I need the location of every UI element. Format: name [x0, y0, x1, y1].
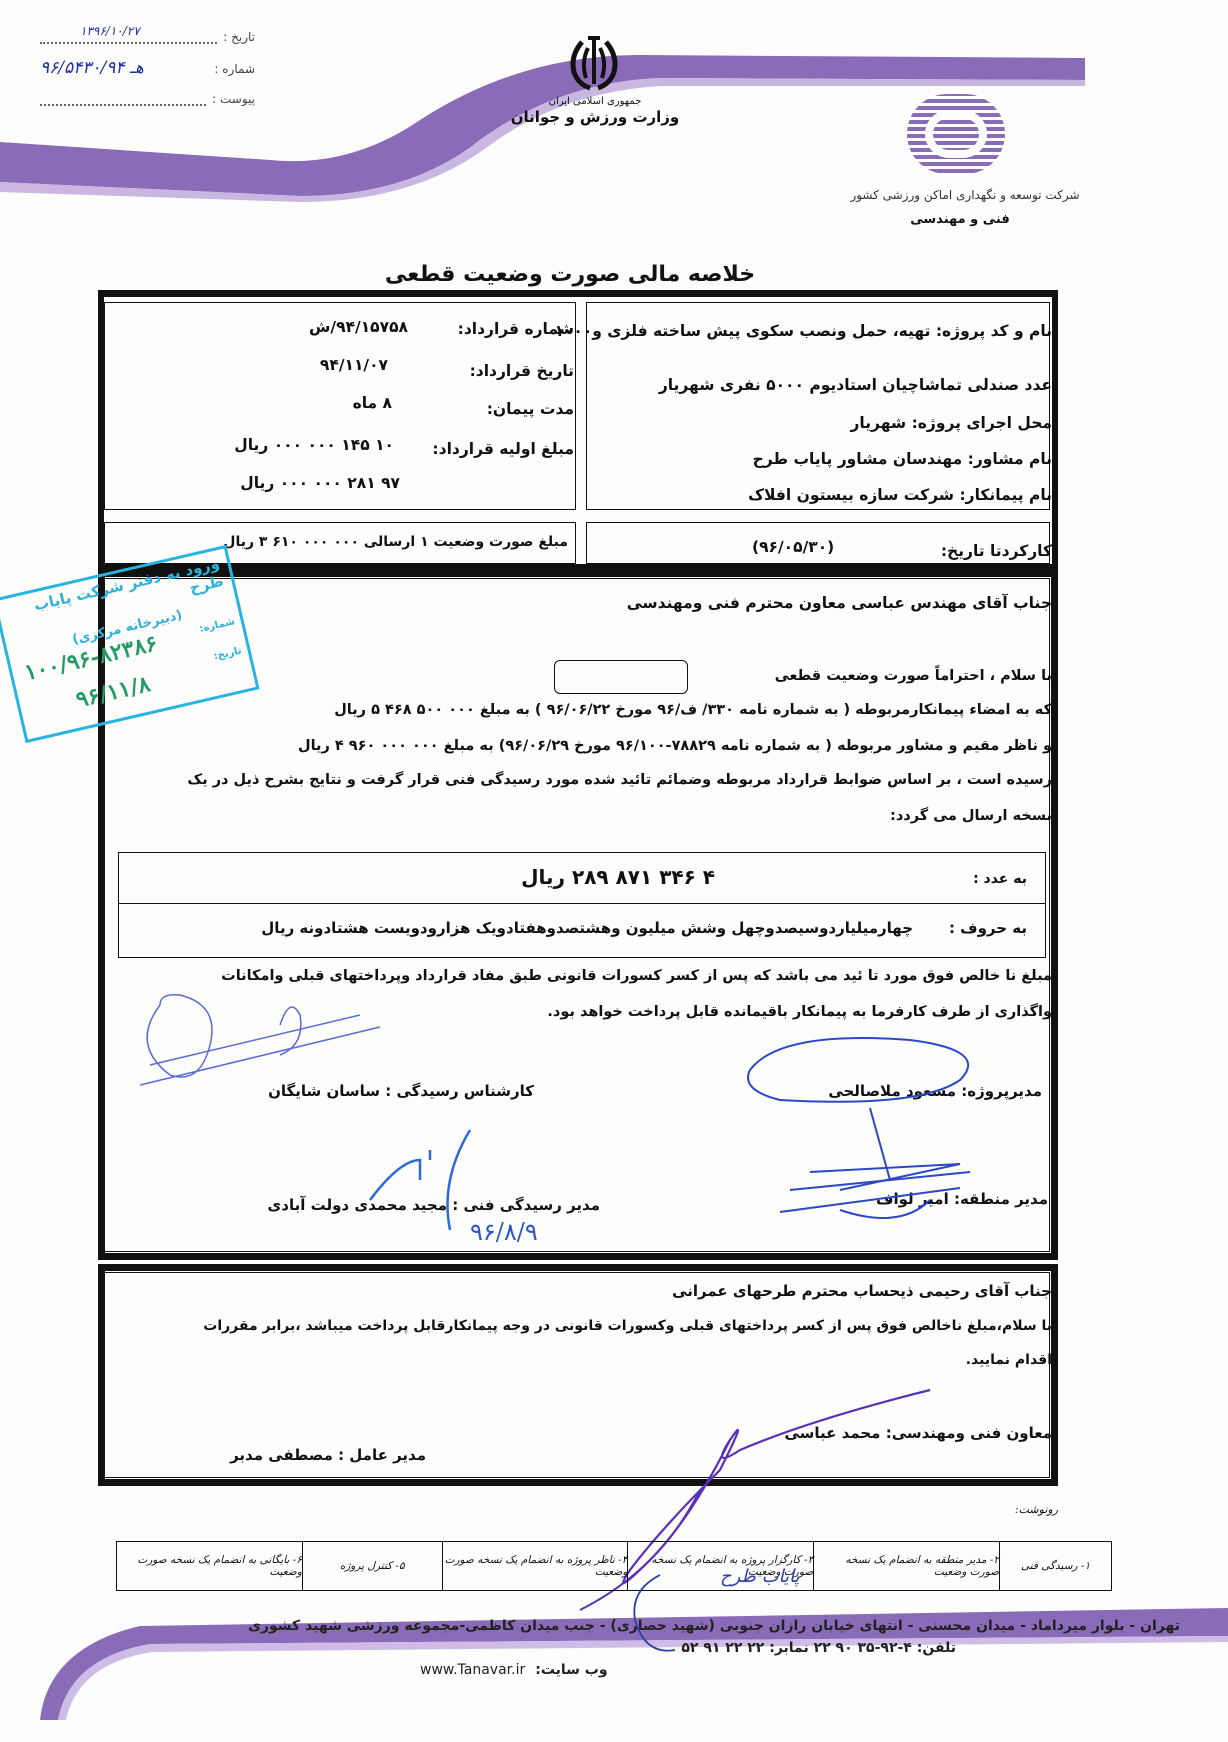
number-handwritten-value: ۹۶/۵۴۳۰/۹۴ هـ — [40, 58, 144, 78]
regional-manager-signatory: مدیر منطقه: امیر لواف — [876, 1190, 1048, 1208]
footer-website-row: www.Tanavar.ir وب سایت: — [420, 1662, 608, 1678]
numeric-amount-label: به عدد : — [973, 871, 1027, 887]
note-line-2: واگذاری از طرف کارفرما به پیمانکار باقیم… — [547, 1004, 1052, 1020]
copy-recipient: ۶- بایگانی به انضمام یک نسخه صورت وضعیت — [117, 1542, 302, 1590]
copies-table: ۱- رسیدگی فنی ۲- مدیر منطقه به انضمام یک… — [116, 1541, 1112, 1591]
work-until-label: کارکردتا تاریخ: — [941, 542, 1052, 560]
second-amount-value: ۹۷ ۲۸۱ ۰۰۰ ۰۰۰ ریال — [240, 474, 400, 492]
consultant-value: مهندسان مشاور پایاب طرح — [753, 450, 963, 468]
letter-line-2: که به امضاء پیمانکارمربوطه ( به شماره نا… — [334, 702, 1052, 718]
date-label: تاریخ : — [223, 30, 255, 44]
document-title: خلاصه مالی صورت وضعیت قطعی — [340, 262, 800, 287]
stamp-date-value: ۹۶/۱۱/۸ — [74, 671, 153, 713]
contract-number-label: شماره قرارداد: — [458, 320, 574, 338]
copies-handwritten-note: پایاب طرح — [720, 1566, 800, 1587]
project-name-value-line2: عدد صندلی تماشاچیان استادیوم ۵۰۰۰ نفری ش… — [659, 376, 1052, 394]
contract-date-value: ۹۴/۱۱/۰۷ — [320, 356, 388, 374]
date-handwritten-value: ۱۳۹۶/۱۰/۲۷ — [80, 24, 140, 38]
company-logo-icon — [905, 92, 1007, 176]
stamp-number-label: شماره: — [198, 616, 236, 635]
company-name: شرکت توسعه و نگهداری اماکن ورزشی کشور — [820, 188, 1110, 202]
company-department: فنی و مهندسی — [880, 212, 1040, 227]
project-manager-signatory: مدیرپروژه: مسعود ملاصالحی — [828, 1082, 1042, 1100]
numeric-amount-value: ۴ ۳۴۶ ۸۷۱ ۲۸۹ ریال — [521, 865, 715, 889]
ceo-signatory: مدیر عامل : مصطفی مدبر — [230, 1446, 426, 1464]
project-name-value: تهیه، حمل ونصب سکوی پیش ساخته فلزی و۱۰۰۰ — [554, 322, 930, 340]
note-line-1: مبلغ نا خالص فوق مورد تا ئید می باشد که … — [221, 968, 1052, 984]
statement-amount: مبلغ صورت وضعیت ۱ ارسالی ۰۰۰ ۰۰۰ ۶۱۰ ۳ ر… — [223, 534, 568, 550]
footer-phone: تلفن: ۴-۹۲-۳۵ ۹۰ ۲۲ نمابر: ۲۲ ۲۲ ۹۱ ۵۲ — [681, 1640, 956, 1656]
government-name: جمهوری اسلامی ایران — [520, 96, 670, 107]
letter-line-4: رسیده است ، بر اساس ضوابط قرارداد مربوطه… — [187, 772, 1052, 788]
number-label: شماره : — [214, 62, 255, 76]
contract-number-value: ۹۴/۱۵۷۵۸/ش — [309, 318, 408, 336]
contract-date-label: تاریخ قرارداد: — [470, 362, 574, 380]
project-location-value: شهریار — [850, 414, 906, 432]
copy-recipient: ۴- ناظر پروژه به انضمام یک نسخه صورت وضع… — [442, 1542, 628, 1590]
words-amount-label: به حروف : — [949, 919, 1027, 937]
project-name-row: نام و کد پروژه: تهیه، حمل ونصب سکوی پیش … — [554, 322, 1052, 340]
letter-salutation: جناب آقای مهندس عباسی معاون محترم فنی وم… — [627, 594, 1052, 612]
second-letter-line-1: با سلام،مبلغ ناخالص فوق پس از کسر پرداخت… — [203, 1318, 1052, 1334]
footer-address: تهران - بلوار میرداماد - میدان محسنی - ا… — [248, 1618, 1180, 1634]
contract-duration-value: ۸ ماه — [353, 394, 392, 412]
contractor-label: نام پیمانکار: — [959, 486, 1052, 504]
second-letter-salutation: جناب آقای رحیمی ذیحساب محترم طرحهای عمرا… — [672, 1282, 1052, 1300]
attachment-field: پیوست : — [40, 92, 255, 106]
review-expert-signatory: کارشناس رسیدگی : ساسان شایگان — [268, 1082, 534, 1100]
copy-recipient: ۲- مدیر منطقه به انضمام یک نسخه صورت وضع… — [813, 1542, 999, 1590]
words-amount-value: چهارمیلیاردوسیصدوچهل وشش میلیون وهشتصدوه… — [261, 919, 913, 937]
contract-duration-label: مدت پیمان: — [487, 400, 574, 418]
date-field: تاریخ : ۱۳۹۶/۱۰/۲۷ — [40, 30, 255, 44]
footer-website-label: وب سایت: — [535, 1662, 607, 1678]
blank-field-box — [554, 660, 688, 694]
stamp-date-label: تاریخ: — [213, 645, 243, 662]
consultant-row: نام مشاور: مهندسان مشاور پایاب طرح — [753, 450, 1052, 468]
footer-website[interactable]: www.Tanavar.ir — [420, 1662, 525, 1678]
copy-recipient: ۱- رسیدگی فنی — [999, 1542, 1111, 1590]
second-letter-line-2: اقدام نمایید. — [966, 1352, 1052, 1368]
copy-recipient: ۵- کنترل پروژه — [302, 1542, 442, 1590]
iran-emblem-icon — [568, 34, 620, 92]
project-location-row: محل اجرای پروژه: شهریار — [850, 414, 1052, 432]
copies-label: رونوشت: — [1015, 1503, 1058, 1516]
initial-amount-label: مبلغ اولیه قرارداد: — [432, 440, 574, 458]
letter-line-5: نسخه ارسال می گردد: — [890, 808, 1052, 824]
project-location-label: محل اجرای پروژه: — [912, 414, 1052, 432]
consultant-label: نام مشاور: — [968, 450, 1052, 468]
attachment-label: پیوست : — [212, 92, 255, 106]
letter-line-3: و ناظر مقیم و مشاور مربوطه ( به شماره نا… — [298, 738, 1052, 754]
number-field: شماره : ۹۶/۵۴۳۰/۹۴ هـ — [40, 62, 255, 76]
technical-review-manager-signatory: مدیر رسیدگی فنی : مجید محمدی دولت آبادی — [268, 1196, 601, 1214]
work-until-value: (۹۶/۰۵/۳۰) — [752, 538, 834, 556]
letter-line-1: با سلام ، احتراماً صورت وضعیت قطعی — [775, 668, 1052, 684]
handwritten-review-date: ۹۶/۸/۹ — [470, 1218, 538, 1246]
ministry-name: وزارت ورزش و جوانان — [500, 108, 690, 126]
contractor-row: نام پیمانکار: شرکت سازه بیستون افلاک — [748, 486, 1052, 504]
initial-amount-value: ۱۰ ۱۴۵ ۰۰۰ ۰۰۰ ریال — [234, 436, 394, 454]
final-amount-box: به عدد : ۴ ۳۴۶ ۸۷۱ ۲۸۹ ریال به حروف : چه… — [118, 852, 1046, 958]
contractor-value: شرکت سازه بیستون افلاک — [748, 486, 954, 504]
project-name-label: نام و کد پروژه: — [936, 322, 1052, 340]
deputy-signatory: معاون فنی ومهندسی: محمد عباسی — [785, 1424, 1053, 1442]
